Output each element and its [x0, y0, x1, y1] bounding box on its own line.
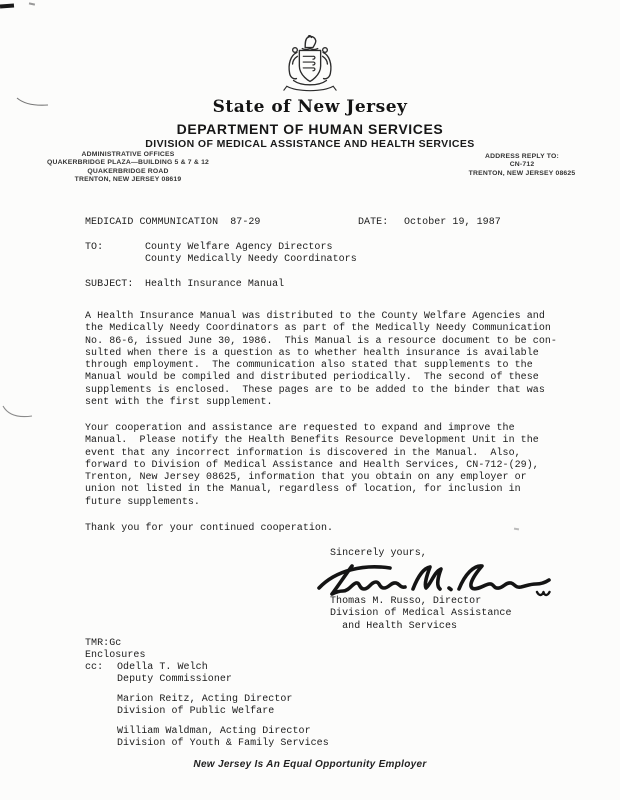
reply-address: ADDRESS REPLY TO: CN-712 TRENTON, NEW JE… — [438, 153, 606, 178]
reply-address-line: ADDRESS REPLY TO: — [438, 153, 606, 161]
cc-label: cc: — [85, 662, 103, 674]
state-title: State of New Jersey — [0, 97, 620, 117]
reply-address-line: CN-712 — [438, 161, 606, 169]
reply-address-line: TRENTON, NEW JERSEY 08625 — [438, 170, 606, 178]
cc-entry-name: William Waldman, Acting Director — [117, 726, 311, 738]
enclosures-note: Enclosures — [85, 650, 146, 662]
cc-entry-name: Odella T. Welch — [117, 662, 208, 674]
scan-artifact-tick — [29, 2, 35, 5]
admin-address-line: QUAKERBRIDGE PLAZA—BUILDING 5 & 7 & 12 — [18, 159, 238, 167]
communication-number: MEDICAID COMMUNICATION 87-29 — [85, 217, 260, 229]
cc-entry-title: Deputy Commissioner — [117, 674, 232, 686]
new-jersey-state-seal — [277, 35, 343, 95]
to-label: TO: — [85, 242, 103, 254]
scan-artifact-corner-mark — [0, 4, 14, 9]
cc-entry-title: Division of Youth & Family Services — [117, 738, 329, 750]
admin-address-line: TRENTON, NEW JERSEY 08619 — [18, 176, 238, 184]
reference-initials: TMR:Gc — [85, 638, 121, 650]
subject-value: Health Insurance Manual — [145, 279, 284, 291]
date-value: October 19, 1987 — [404, 217, 501, 229]
cc-entry-name: Marion Reitz, Acting Director — [117, 694, 292, 706]
body-paragraph-1: A Health Insurance Manual was distribute… — [85, 311, 557, 409]
to-recipients: County Welfare Agency Directors County M… — [145, 242, 357, 267]
scan-artifact-squiggle-left — [2, 403, 34, 421]
scan-artifact-dot — [514, 528, 519, 531]
administrative-offices-address: ADMINISTRATIVE OFFICES QUAKERBRIDGE PLAZ… — [18, 151, 238, 184]
cc-entry-title: Division of Public Welfare — [117, 706, 274, 718]
admin-address-line: ADMINISTRATIVE OFFICES — [18, 151, 238, 159]
closing-thanks: Thank you for your continued cooperation… — [85, 523, 333, 535]
equal-opportunity-footer: New Jersey Is An Equal Opportunity Emplo… — [0, 759, 620, 770]
division-title: DIVISION OF MEDICAL ASSISTANCE AND HEALT… — [0, 138, 620, 150]
admin-address-line: QUAKERBRIDGE ROAD — [18, 168, 238, 176]
department-title: DEPARTMENT OF HUMAN SERVICES — [0, 121, 620, 137]
subject-label: SUBJECT: — [85, 279, 133, 291]
date-label: DATE: — [358, 217, 388, 229]
signer-block: Thomas M. Russo, Director Division of Me… — [330, 596, 512, 633]
scanned-letter-page: State of New Jersey DEPARTMENT OF HUMAN … — [0, 0, 620, 800]
body-paragraph-2: Your cooperation and assistance are requ… — [85, 423, 539, 509]
